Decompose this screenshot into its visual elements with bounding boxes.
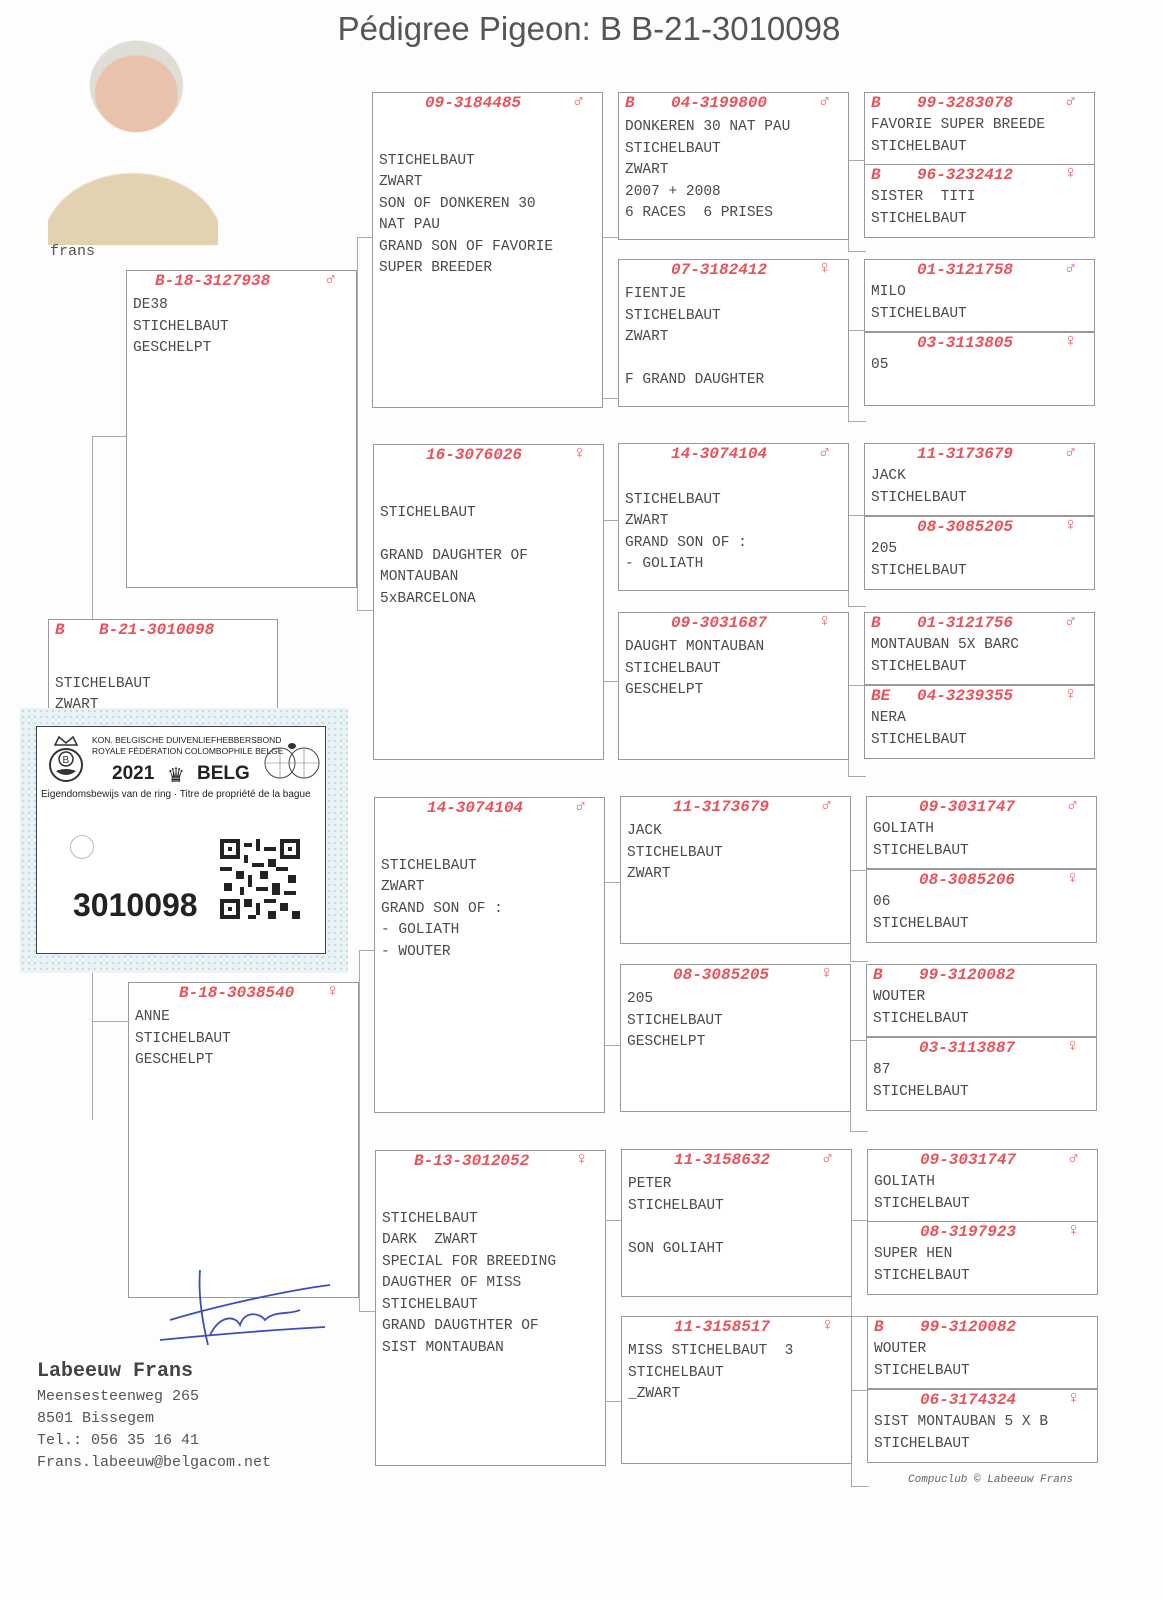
great-great-grandparent-box: B99-3120082 WOUTERSTICHELBAUT: [867, 1316, 1098, 1389]
detail-line: STICHELBAUT: [871, 488, 1094, 510]
great-great-grandparent-box: 09-3031747♂GOLIATHSTICHELBAUT: [866, 796, 1097, 869]
male-icon: ♂: [575, 797, 586, 817]
detail-line: STICHELBAUT: [873, 1082, 1096, 1104]
detail-line: ZWART: [625, 511, 848, 533]
great-grandparent-box: 11-3158517♀MISS STICHELBAUT 3STICHELBAUT…: [621, 1316, 852, 1464]
detail-line: [380, 524, 603, 546]
ring-number: 08-3085205: [917, 518, 1013, 536]
country-prefix: B: [871, 614, 881, 632]
detail-line: ZWART: [627, 864, 850, 886]
detail-line: STICHELBAUT: [135, 1029, 358, 1051]
ring-header: 06-3174324♀: [868, 1390, 1097, 1410]
female-icon: ♀: [1067, 1037, 1078, 1057]
detail-line: FIENTJE: [625, 284, 848, 306]
detail-line: STICHELBAUT: [874, 1266, 1097, 1288]
pigeon-details: MONTAUBAN 5X BARCSTICHELBAUT: [865, 635, 1094, 678]
ring-number: 14-3074104: [427, 799, 523, 817]
detail-line: MILO: [871, 282, 1094, 304]
ring-number: 01-3121758: [917, 261, 1013, 279]
country-prefix: [871, 445, 881, 463]
detail-line: STICHELBAUT: [871, 561, 1094, 583]
ring-number: 08-3197923: [920, 1223, 1016, 1241]
detail-line: JACK: [871, 466, 1094, 488]
detail-line: ZWART: [625, 160, 848, 182]
pigeon-details: STICHELBAUTZWARTGRAND SON OF :- GOLIATH: [619, 468, 848, 576]
pigeon-details: ANNESTICHELBAUTGESCHELPT: [129, 1007, 358, 1072]
detail-line: ZWART: [381, 877, 604, 899]
female-icon: ♀: [822, 1316, 833, 1336]
detail-line: STICHELBAUT: [628, 1363, 851, 1385]
detail-line: STICHELBAUT: [625, 306, 848, 328]
ring-number: 01-3121756: [917, 614, 1013, 632]
detail-line: - GOLIATH: [381, 920, 604, 942]
owner-address: Meensesteenweg 265: [37, 1388, 199, 1405]
detail-line: STICHELBAUT: [379, 151, 602, 173]
detail-line: WOUTER: [874, 1339, 1097, 1361]
pigeon-details: SIST MONTAUBAN 5 X BSTICHELBAUT: [868, 1412, 1097, 1455]
footer-credit: Compuclub © Labeeuw Frans: [908, 1474, 1073, 1486]
detail-line: STICHELBAUT: [874, 1434, 1097, 1456]
detail-line: STICHELBAUT: [625, 139, 848, 161]
ring-header: 08-3085205♀: [621, 965, 850, 985]
detail-line: MISS STICHELBAUT 3: [628, 1341, 851, 1363]
detail-line: [625, 468, 848, 490]
detail-line: STICHELBAUT: [625, 490, 848, 512]
detail-line: GESCHELPT: [625, 680, 848, 702]
detail-line: [628, 1217, 851, 1239]
card-hole: [70, 835, 94, 859]
owner-name: Labeeuw Frans: [37, 1360, 193, 1383]
detail-line: GRAND DAUGTHTER OF: [382, 1316, 605, 1338]
pigeon-details: 06STICHELBAUT: [867, 892, 1096, 935]
sex-icon: [1068, 1316, 1079, 1336]
ring-number: B-18-3038540: [179, 984, 294, 1002]
pigeon-details: FAVORIE SUPER BREEDESTICHELBAUT: [865, 115, 1094, 158]
pigeon-details: 05: [865, 355, 1094, 377]
pigeon-details: SISTER TITISTICHELBAUT: [865, 187, 1094, 230]
female-icon: ♀: [574, 444, 585, 464]
male-icon: ♂: [1065, 259, 1076, 279]
country-prefix: [874, 1151, 884, 1169]
country-prefix: [381, 799, 391, 817]
detail-line: GESCHELPT: [133, 338, 356, 360]
detail-line: 2007 + 2008: [625, 182, 848, 204]
detail-line: F GRAND DAUGHTER: [625, 370, 848, 392]
ring-header: 08-3085205♀: [865, 517, 1094, 537]
detail-line: _ZWART: [628, 1384, 851, 1406]
country-prefix: B: [874, 1318, 884, 1336]
great-grandparent-box: B04-3199800♂DONKEREN 30 NAT PAUSTICHELBA…: [618, 92, 849, 240]
detail-line: DONKEREN 30 NAT PAU: [625, 117, 848, 139]
country-prefix: [380, 446, 390, 464]
ring-header: 14-3074104♂: [619, 444, 848, 464]
pigeon-details: STICHELBAUT GRAND DAUGHTER OFMONTAUBAN5x…: [374, 481, 603, 610]
ring-header: B-18-3127938♂: [127, 271, 356, 291]
female-icon: ♀: [1065, 164, 1076, 184]
ring-header: 09-3031747♂: [868, 1150, 1097, 1170]
detail-line: 5xBARCELONA: [380, 589, 603, 611]
ring-number: 04-3239355: [917, 687, 1013, 705]
country-prefix: B: [873, 966, 883, 984]
detail-line: SISTER TITI: [871, 187, 1094, 209]
detail-line: [382, 1187, 605, 1209]
grandparent-box: 14-3074104♂ STICHELBAUTZWARTGRAND SON OF…: [374, 797, 605, 1113]
great-great-grandparent-box: 06-3174324♀SIST MONTAUBAN 5 X BSTICHELBA…: [867, 1389, 1098, 1463]
detail-line: STICHELBAUT: [871, 209, 1094, 231]
male-icon: ♂: [325, 270, 336, 290]
detail-line: ANNE: [135, 1007, 358, 1029]
detail-line: 06: [873, 892, 1096, 914]
ring-number: B-21-3010098: [99, 621, 214, 639]
detail-line: STICHELBAUT: [873, 914, 1096, 936]
detail-line: SPECIAL FOR BREEDING: [382, 1252, 605, 1274]
detail-line: SON GOLIAHT: [628, 1239, 851, 1261]
detail-line: STICHELBAUT: [625, 659, 848, 681]
card-organisation: KON. BELGISCHE DUIVENLIEFHEBBERSBOND ROY…: [92, 735, 283, 757]
ring-header: 09-3031747♂: [867, 797, 1096, 817]
card-country: BELG: [197, 763, 250, 785]
detail-line: 05: [871, 355, 1094, 377]
ring-number: 3010098: [73, 887, 198, 924]
detail-line: GESCHELPT: [135, 1050, 358, 1072]
detail-line: STICHELBAUT: [55, 674, 277, 696]
ring-header: 11-3158517♀: [622, 1317, 851, 1337]
detail-line: FAVORIE SUPER BREEDE: [871, 115, 1094, 137]
female-icon: ♀: [1065, 685, 1076, 705]
ring-header: 09-3184485♂: [373, 93, 602, 113]
country-prefix: B: [55, 621, 65, 639]
country-prefix: [873, 798, 883, 816]
detail-line: - GOLIATH: [625, 554, 848, 576]
ring-number: 11-3158517: [674, 1318, 770, 1336]
detail-line: WOUTER: [873, 987, 1096, 1009]
detail-line: NERA: [871, 708, 1094, 730]
ring-number: 08-3085206: [919, 871, 1015, 889]
detail-line: 205: [871, 539, 1094, 561]
country-prefix: [625, 614, 635, 632]
male-icon: ♂: [1065, 612, 1076, 632]
ring-header: BE04-3239355♀: [865, 686, 1094, 706]
ring-header: 11-3173679♂: [621, 797, 850, 817]
ring-header: B04-3199800♂: [619, 93, 848, 113]
subject-pigeon: BB-21-3010098 STICHELBAUTZWART: [48, 619, 278, 719]
female-icon: ♀: [1067, 869, 1078, 889]
male-icon: ♂: [573, 92, 584, 112]
pigeon-details: WOUTERSTICHELBAUT: [867, 987, 1096, 1030]
great-great-grandparent-box: 11-3173679♂JACKSTICHELBAUT: [864, 443, 1095, 516]
great-grandparent-box: 11-3158632♂PETERSTICHELBAUT SON GOLIAHT: [621, 1149, 852, 1297]
pigeon-details: JACKSTICHELBAUTZWART: [621, 821, 850, 886]
detail-line: STICHELBAUT: [133, 317, 356, 339]
detail-line: [379, 129, 602, 151]
country-prefix: [871, 518, 881, 536]
female-icon: ♀: [576, 1150, 587, 1170]
ring-number: 11-3173679: [917, 445, 1013, 463]
detail-line: GRAND SON OF :: [381, 899, 604, 921]
pigeon-details: GOLIATHSTICHELBAUT: [867, 819, 1096, 862]
detail-line: SIST MONTAUBAN 5 X B: [874, 1412, 1097, 1434]
country-prefix: [871, 261, 881, 279]
detail-line: PETER: [628, 1174, 851, 1196]
country-prefix: [135, 984, 145, 1002]
ring-header: 08-3085206♀: [867, 870, 1096, 890]
great-great-grandparent-box: 08-3197923♀SUPER HENSTICHELBAUT: [867, 1221, 1098, 1295]
ring-header: 08-3197923♀: [868, 1222, 1097, 1242]
ring-number: 96-3232412: [917, 166, 1013, 184]
pigeon-details: STICHELBAUTDARK ZWARTSPECIAL FOR BREEDIN…: [376, 1187, 605, 1359]
ring-number: 11-3158632: [674, 1151, 770, 1169]
detail-line: MONTAUBAN 5X BARC: [871, 635, 1094, 657]
great-great-grandparent-box: 09-3031747♂GOLIATHSTICHELBAUT: [867, 1149, 1098, 1222]
ring-number: 09-3031687: [671, 614, 767, 632]
pigeon-details: 87STICHELBAUT: [867, 1060, 1096, 1103]
country-prefix: [133, 272, 143, 290]
ring-number: 99-3283078: [917, 94, 1013, 112]
card-subtitle: Eigendomsbewijs van de ring · Titre de p…: [41, 789, 311, 800]
detail-line: STICHELBAUT: [871, 137, 1094, 159]
pigeon-details: DAUGHT MONTAUBANSTICHELBAUTGESCHELPT: [619, 637, 848, 702]
detail-line: MONTAUBAN: [380, 567, 603, 589]
sex-icon: [252, 619, 263, 639]
detail-line: DE38: [133, 295, 356, 317]
female-icon: ♀: [1068, 1221, 1079, 1241]
pigeon-details: NERASTICHELBAUT: [865, 708, 1094, 751]
male-icon: ♂: [1067, 796, 1078, 816]
ring-header: B99-3120082: [868, 1317, 1097, 1337]
ring-number: 09-3031747: [919, 798, 1015, 816]
tree-connector: [92, 1020, 93, 1120]
ring-number: 09-3031747: [920, 1151, 1016, 1169]
male-icon: ♂: [822, 1149, 833, 1169]
great-great-grandparent-box: B99-3283078♂FAVORIE SUPER BREEDESTICHELB…: [864, 92, 1095, 165]
country-prefix: [625, 445, 635, 463]
detail-line: STICHELBAUT: [874, 1361, 1097, 1383]
male-icon: ♂: [1068, 1149, 1079, 1169]
detail-line: STICHELBAUT: [874, 1194, 1097, 1216]
female-icon: ♀: [1065, 516, 1076, 536]
detail-line: STICHELBAUT: [873, 1009, 1096, 1031]
pigeon-details: WOUTERSTICHELBAUT: [868, 1339, 1097, 1382]
pigeon-details: MISS STICHELBAUT 3STICHELBAUT_ZWART: [622, 1341, 851, 1406]
ring-number: 03-3113805: [917, 334, 1013, 352]
photo-caption: frans: [50, 243, 95, 260]
ring-header: 03-3113805♀: [865, 333, 1094, 353]
female-icon: ♀: [819, 612, 830, 632]
great-great-grandparent-box: 08-3085205♀205STICHELBAUT: [864, 516, 1095, 590]
detail-line: STICHELBAUT: [382, 1209, 605, 1231]
sex-icon: [1067, 964, 1078, 984]
detail-line: STICHELBAUT: [627, 843, 850, 865]
pigeon-details: FIENTJESTICHELBAUTZWART F GRAND DAUGHTER: [619, 284, 848, 392]
female-icon: ♀: [1068, 1389, 1079, 1409]
great-great-grandparent-box: B01-3121756♂MONTAUBAN 5X BARCSTICHELBAUT: [864, 612, 1095, 685]
pigeon-details: PETERSTICHELBAUT SON GOLIAHT: [622, 1174, 851, 1260]
pigeon-details: STICHELBAUTZWARTSON OF DONKEREN 30NAT PA…: [373, 129, 602, 280]
ring-header: 01-3121758♂: [865, 260, 1094, 280]
ring-header: 16-3076026♀: [374, 445, 603, 465]
ring-number: 99-3120082: [920, 1318, 1016, 1336]
detail-line: GOLIATH: [874, 1172, 1097, 1194]
ring-number: 08-3085205: [673, 966, 769, 984]
detail-line: STICHELBAUT: [380, 503, 603, 525]
country-prefix: [873, 871, 883, 889]
pigeon-details: STICHELBAUTZWART: [49, 652, 277, 717]
ring-header: 03-3113887♀: [867, 1038, 1096, 1058]
detail-line: SON OF DONKEREN 30: [379, 194, 602, 216]
detail-line: STICHELBAUT: [871, 304, 1094, 326]
male-icon: ♂: [1065, 443, 1076, 463]
ring-number: B-13-3012052: [414, 1152, 529, 1170]
male-icon: ♂: [819, 92, 830, 112]
great-grandparent-box: 14-3074104♂ STICHELBAUTZWARTGRAND SON OF…: [618, 443, 849, 591]
pigeon-details: GOLIATHSTICHELBAUT: [868, 1172, 1097, 1215]
detail-line: STICHELBAUT: [627, 1011, 850, 1033]
detail-line: STICHELBAUT: [873, 841, 1096, 863]
ring-header: BB-21-3010098: [49, 620, 277, 640]
detail-line: GOLIATH: [873, 819, 1096, 841]
female-icon: ♀: [819, 259, 830, 279]
ring-header: B99-3120082: [867, 965, 1096, 985]
great-great-grandparent-box: B96-3232412♀SISTER TITISTICHELBAUT: [864, 164, 1095, 238]
pigeon-details: 205STICHELBAUTGESCHELPT: [621, 989, 850, 1054]
owner-phone: Tel.: 056 35 16 41: [37, 1432, 199, 1449]
signature: [140, 1265, 340, 1355]
ring-number: B-18-3127938: [155, 272, 270, 290]
pigeon-details: MILOSTICHELBAUT: [865, 282, 1094, 325]
detail-line: STICHELBAUT: [871, 657, 1094, 679]
country-prefix: [628, 1318, 638, 1336]
qr-code-icon: [220, 839, 300, 919]
detail-line: NAT PAU: [379, 215, 602, 237]
svg-text:B: B: [63, 755, 70, 766]
ring-number: 11-3173679: [673, 798, 769, 816]
detail-line: GRAND SON OF FAVORIE: [379, 237, 602, 259]
ring-number: 06-3174324: [920, 1391, 1016, 1409]
female-icon: ♀: [1065, 332, 1076, 352]
detail-line: ZWART: [379, 172, 602, 194]
detail-line: 6 RACES 6 PRISES: [625, 203, 848, 225]
country-prefix: [627, 798, 637, 816]
great-grandparent-box: 09-3031687♀DAUGHT MONTAUBANSTICHELBAUTGE…: [618, 612, 849, 760]
detail-line: 205: [627, 989, 850, 1011]
pigeon-details: DONKEREN 30 NAT PAUSTICHELBAUTZWART2007 …: [619, 117, 848, 225]
great-great-grandparent-box: B99-3120082 WOUTERSTICHELBAUT: [866, 964, 1097, 1037]
detail-line: GRAND SON OF :: [625, 533, 848, 555]
ring-header: B99-3283078♂: [865, 93, 1094, 113]
detail-line: GESCHELPT: [627, 1032, 850, 1054]
country-prefix: [874, 1391, 884, 1409]
detail-line: DARK ZWART: [382, 1230, 605, 1252]
owner-photo: [48, 35, 218, 245]
fci-globe-icon: [262, 741, 322, 779]
female-icon: ♀: [821, 964, 832, 984]
ring-number: 03-3113887: [919, 1039, 1015, 1057]
detail-line: STICHELBAUT: [628, 1196, 851, 1218]
detail-line: SUPER HEN: [874, 1244, 1097, 1266]
country-prefix: B: [625, 94, 635, 112]
female-icon: ♀: [327, 982, 338, 1002]
country-prefix: BE: [871, 687, 890, 705]
ring-header: B-18-3038540♀: [129, 983, 358, 1003]
male-icon: ♂: [819, 443, 830, 463]
pigeon-details: SUPER HENSTICHELBAUT: [868, 1244, 1097, 1287]
great-great-grandparent-box: 03-3113887♀87STICHELBAUT: [866, 1037, 1097, 1111]
male-icon: ♂: [1065, 92, 1076, 112]
great-grandparent-box: 07-3182412♀FIENTJESTICHELBAUTZWART F GRA…: [618, 259, 849, 407]
pigeon-details: JACKSTICHELBAUT: [865, 466, 1094, 509]
ring-header: B-13-3012052♀: [376, 1151, 605, 1171]
detail-line: DAUGTHER OF MISS: [382, 1273, 605, 1295]
card-year: 2021: [112, 763, 154, 785]
country-prefix: [379, 94, 389, 112]
detail-line: SIST MONTAUBAN: [382, 1338, 605, 1360]
ring-header: 09-3031687♀: [619, 613, 848, 633]
pigeon-details: STICHELBAUTZWARTGRAND SON OF :- GOLIATH-…: [375, 834, 604, 963]
crown-icon: ♛: [167, 763, 185, 788]
detail-line: [381, 834, 604, 856]
detail-line: [380, 481, 603, 503]
ring-number: 04-3199800: [671, 94, 767, 112]
detail-line: STICHELBAUT: [382, 1295, 605, 1317]
detail-line: SUPER BREEDER: [379, 258, 602, 280]
country-prefix: [382, 1152, 392, 1170]
detail-line: DAUGHT MONTAUBAN: [625, 637, 848, 659]
ring-number: 07-3182412: [671, 261, 767, 279]
country-prefix: [873, 1039, 883, 1057]
pigeon-details: 205STICHELBAUT: [865, 539, 1094, 582]
grandparent-box: 09-3184485♂ STICHELBAUTZWARTSON OF DONKE…: [372, 92, 603, 408]
pigeon-details: DE38STICHELBAUTGESCHELPT: [127, 295, 356, 360]
ring-number: 99-3120082: [919, 966, 1015, 984]
country-prefix: B: [871, 94, 881, 112]
dam-box: B-18-3038540♀ANNESTICHELBAUTGESCHELPT: [128, 982, 359, 1298]
ring-header: 11-3158632♂: [622, 1150, 851, 1170]
great-great-grandparent-box: 08-3085206♀06STICHELBAUT: [866, 869, 1097, 943]
ring-number: 16-3076026: [426, 446, 522, 464]
country-prefix: [625, 261, 635, 279]
country-prefix: [627, 966, 637, 984]
great-grandparent-box: 11-3173679♂JACKSTICHELBAUTZWART: [620, 796, 851, 944]
detail-line: - WOUTER: [381, 942, 604, 964]
ring-header: 11-3173679♂: [865, 444, 1094, 464]
owner-email[interactable]: Frans.labeeuw@belgacom.net: [37, 1454, 271, 1471]
ring-header: B96-3232412♀: [865, 165, 1094, 185]
kbdb-logo-icon: B: [47, 735, 85, 783]
detail-line: ZWART: [625, 327, 848, 349]
great-grandparent-box: 08-3085205♀205STICHELBAUTGESCHELPT: [620, 964, 851, 1112]
detail-line: [55, 652, 277, 674]
country-prefix: [874, 1223, 884, 1241]
sire-box: B-18-3127938♂DE38STICHELBAUTGESCHELPT: [126, 270, 357, 588]
great-great-grandparent-box: 01-3121758♂MILOSTICHELBAUT: [864, 259, 1095, 332]
great-great-grandparent-box: 03-3113805♀05: [864, 332, 1095, 406]
detail-line: 87: [873, 1060, 1096, 1082]
ring-header: B01-3121756♂: [865, 613, 1094, 633]
ring-ownership-card: B KON. BELGISCHE DUIVENLIEFHEBBERSBOND R…: [20, 708, 348, 973]
country-prefix: B: [871, 166, 881, 184]
ring-number: 09-3184485: [425, 94, 521, 112]
grandparent-box: B-13-3012052♀ STICHELBAUTDARK ZWARTSPECI…: [375, 1150, 606, 1466]
male-icon: ♂: [821, 796, 832, 816]
country-prefix: [628, 1151, 638, 1169]
detail-line: JACK: [627, 821, 850, 843]
detail-line: STICHELBAUT: [871, 730, 1094, 752]
grandparent-box: 16-3076026♀ STICHELBAUT GRAND DAUGHTER O…: [373, 444, 604, 760]
ring-header: 07-3182412♀: [619, 260, 848, 280]
ring-header: 14-3074104♂: [375, 798, 604, 818]
detail-line: GRAND DAUGHTER OF: [380, 546, 603, 568]
ring-number: 14-3074104: [671, 445, 767, 463]
